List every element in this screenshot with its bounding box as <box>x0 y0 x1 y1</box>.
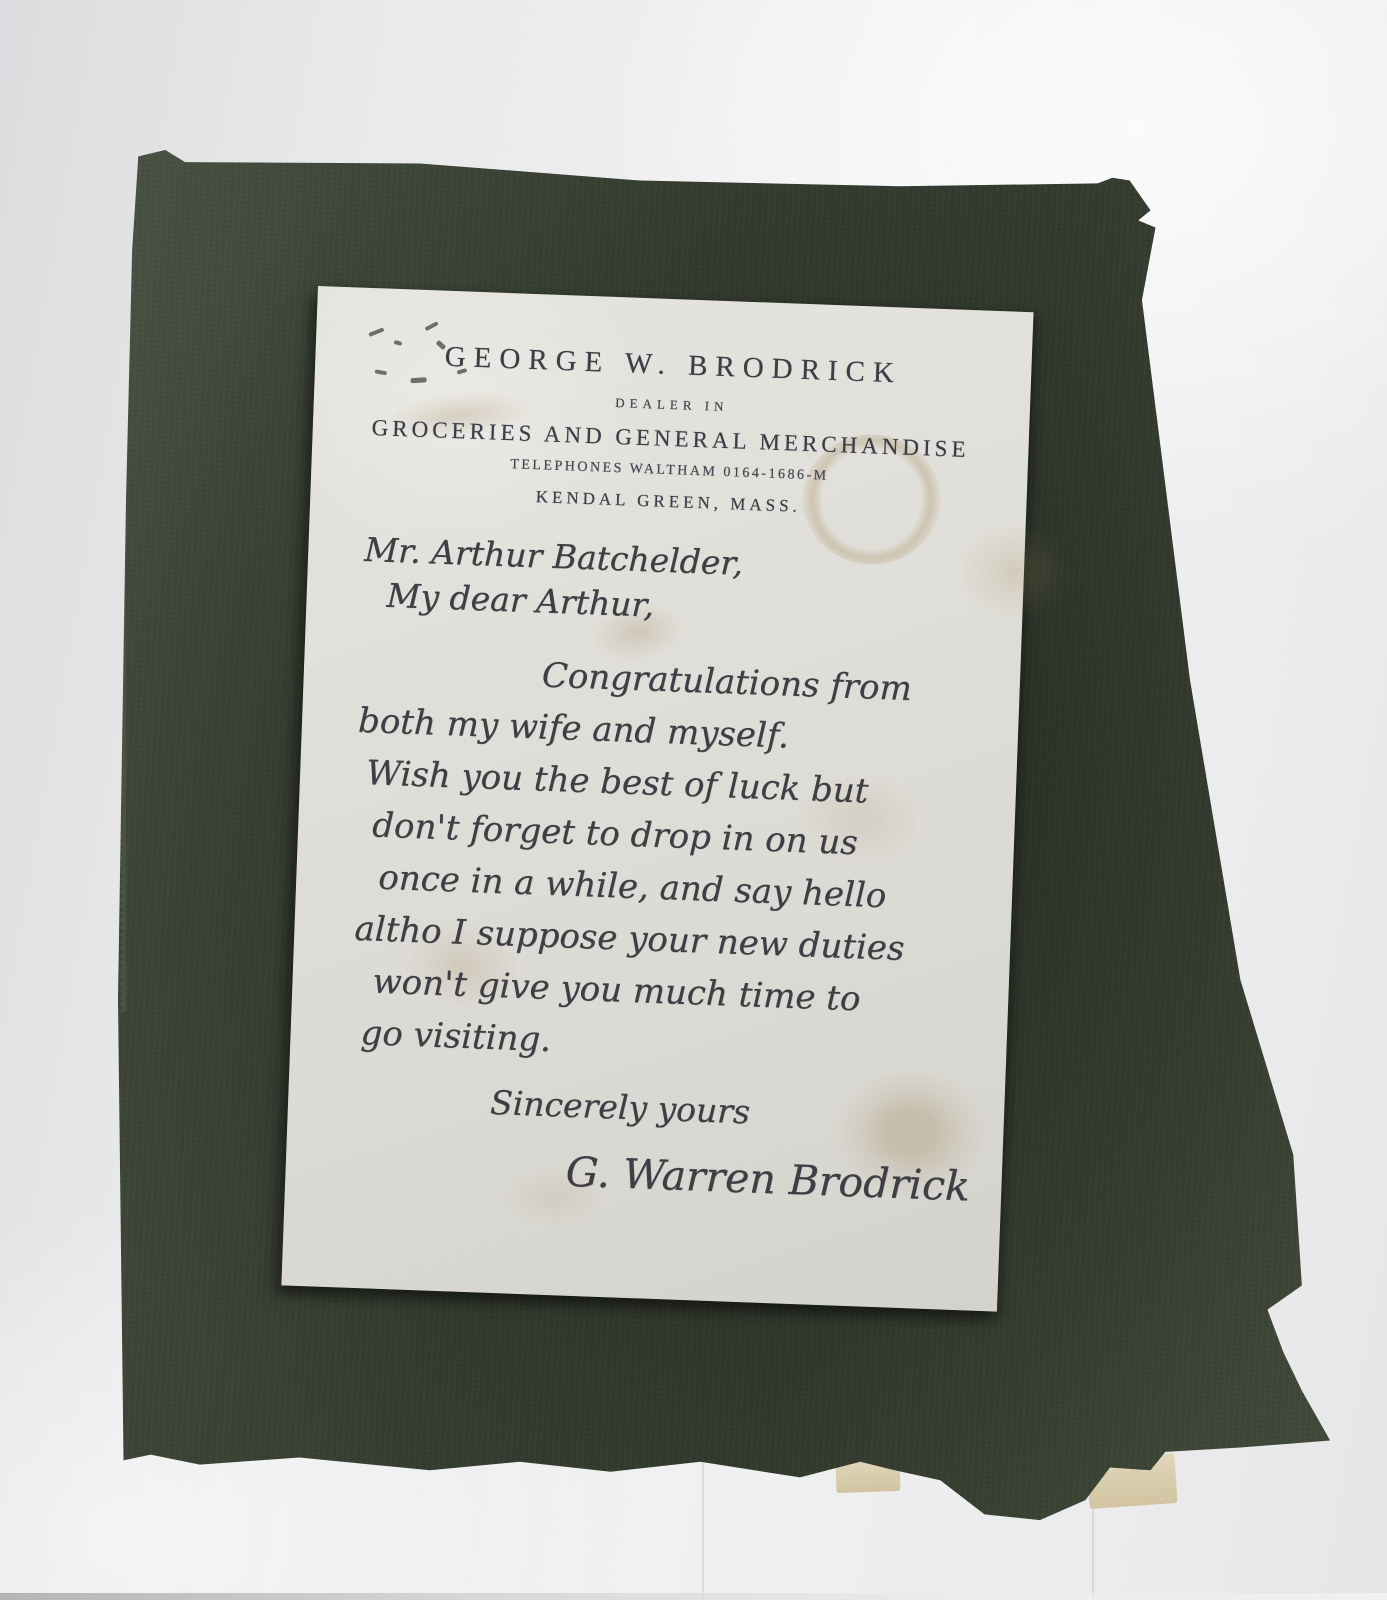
letter-body: Congratulations from both my wife and my… <box>290 641 1021 1083</box>
letterhead-name: GEORGE W. BRODRICK <box>315 336 1032 395</box>
surface-edge <box>0 1593 1387 1600</box>
closing-line: Sincerely yours <box>288 1072 1005 1143</box>
backdrop-crease <box>702 1462 704 1600</box>
handwritten-letter: Mr. Arthur Batchelder, My dear Arthur, C… <box>285 525 1025 1216</box>
photo-scene: GEORGE W. BRODRICK DEALER IN GROCERIES A… <box>0 0 1387 1600</box>
letter-page: GEORGE W. BRODRICK DEALER IN GROCERIES A… <box>281 286 1033 1312</box>
signature: G. Warren Brodrick <box>285 1133 1003 1215</box>
letterhead: GEORGE W. BRODRICK DEALER IN GROCERIES A… <box>310 286 1033 525</box>
backdrop-crease <box>1092 1500 1094 1600</box>
